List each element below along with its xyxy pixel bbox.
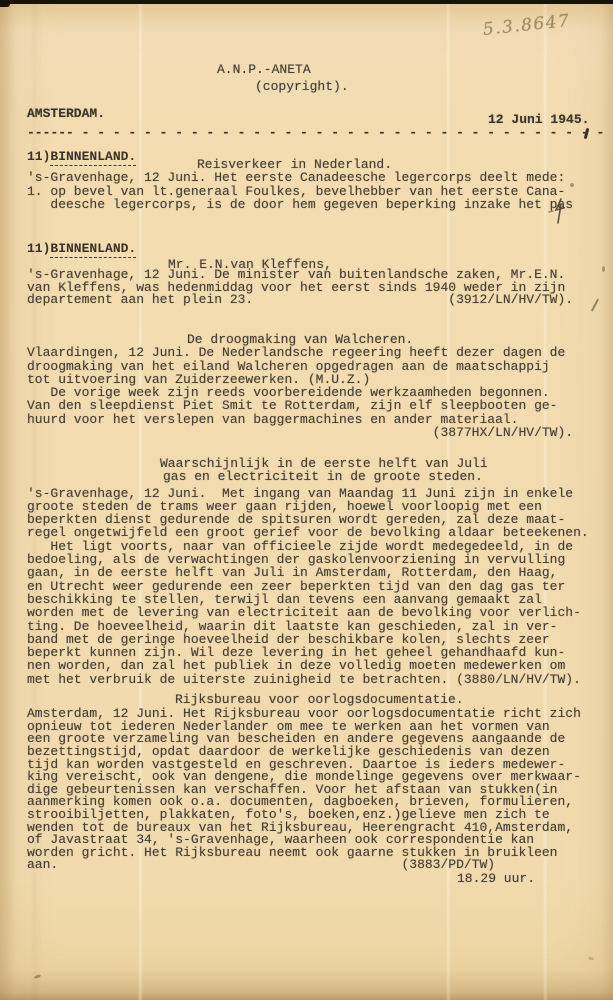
- text-line: beschikking te stellen, terwijl dan teve…: [27, 593, 605, 606]
- text-line: 's-Gravenhage, 12 Juni. Met ingang van M…: [27, 487, 605, 500]
- scanned-document-page: 5.3.8647 A.N.P.-ANETA (copyright). AMSTE…: [0, 0, 613, 1000]
- article-title: Rijksbureau voor oorlogsdocumentatie.: [175, 693, 605, 706]
- text-line: en Utrecht weer gedurende een zeer beper…: [27, 580, 605, 593]
- article-reisverkeer: 11)BINNENLAND. Reisverkeer in Nederland.…: [27, 150, 605, 211]
- article-title: Waarschijnlijk in de eerste helft van Ju…: [160, 457, 605, 470]
- text-line: met het verbruik de uiterste zuinigheid …: [27, 673, 605, 686]
- text-line: tot uitvoering van Zuiderzeewerken. (M.U…: [27, 373, 605, 386]
- transmission-time: 18.29 uur.: [457, 872, 535, 885]
- text-line: nen worden, dan zal het publiek in deze …: [27, 659, 605, 672]
- text-line: beperkten dienst gedurende de spitsuren …: [27, 513, 605, 526]
- text-line: huurd voor het verslepen van baggermachi…: [27, 413, 605, 426]
- article-title: Mr. E.N.van Kleffens,: [168, 257, 332, 272]
- article-body: Amsterdam, 12 Juni. Het Rijksbureau voor…: [27, 708, 605, 872]
- page-content: 5.3.8647 A.N.P.-ANETA (copyright). AMSTE…: [0, 0, 613, 1000]
- paper-speck: [570, 183, 574, 187]
- text-line: groote steden de trams weer gaan rijden,…: [27, 500, 605, 513]
- text-line: (3877HX/LN/HV/TW).: [27, 426, 605, 439]
- text-line: 1. op bevel van lt.generaal Foulkes, bev…: [27, 185, 605, 198]
- agency-title: A.N.P.-ANETA: [217, 63, 311, 76]
- article-van-kleffens: 11)BINNENLAND. Mr. E.N.van Kleffens, 's-…: [27, 242, 605, 307]
- text-line: Het ligt voorts, naar van officieele zij…: [27, 540, 605, 553]
- rubric-label: BINNENLAND.: [50, 149, 136, 166]
- text-line: band met de geringe hoeveelheid der besc…: [27, 633, 605, 646]
- handwritten-archive-number: 5.3.8647: [482, 11, 571, 40]
- text-line: worden met de levering van electriciteit…: [27, 606, 605, 619]
- article-body: Vlaardingen, 12 Juni. De Nederlandsche r…: [27, 346, 605, 439]
- text-line: Vlaardingen, 12 Juni. De Nederlandsche r…: [27, 346, 605, 359]
- pen-check-mark: [548, 196, 568, 226]
- text-line: 's-Gravenhage, 12 Juni. Het eerste Canad…: [27, 171, 605, 184]
- article-body: 's-Gravenhage, 12 Juni. Het eerste Canad…: [27, 171, 605, 211]
- text-line: beperkt kunnen zijn. Wil deze levering i…: [27, 646, 605, 659]
- text-line: bedoeling, als de verwachtingen der gask…: [27, 553, 605, 566]
- text-line: droogmaking van het eiland Walcheren opg…: [27, 360, 605, 373]
- text-line: De vorige week zijn reeds voorbereidende…: [27, 386, 605, 399]
- city-label: AMSTERDAM.: [27, 107, 105, 120]
- article-rijksbureau: Rijksbureau voor oorlogsdocumentatie. Am…: [27, 693, 605, 872]
- paper-speck: [588, 956, 594, 960]
- rubric-number: 11): [27, 149, 50, 164]
- text-line: gaan, in de eerste helft van Juli in Ams…: [27, 566, 605, 579]
- article-title: Reisverkeer in Nederland.: [197, 157, 392, 172]
- text-line: departement aan het plein 23. (3912/LN/H…: [27, 294, 605, 306]
- text-line: Van den sleepdienst Piet Smit te Rotterd…: [27, 399, 605, 412]
- article-body: 's-Gravenhage, 12 Juni. De minister van …: [27, 269, 605, 306]
- article-subtitle: gas en electriciteit in de groote steden…: [163, 470, 605, 483]
- text-line: ting. De hoeveelheid, waarin dit laatste…: [27, 620, 605, 633]
- rubric-number: 11): [27, 241, 50, 256]
- text-line: deesche legercorps, is de door hem gegev…: [27, 198, 605, 211]
- paper-speck: [602, 266, 605, 272]
- dashed-separator: ------ - - - - - - - - - - - - - - - - -…: [27, 126, 613, 139]
- article-walcheren: De droogmaking van Walcheren. Vlaardinge…: [27, 333, 605, 439]
- article-title: De droogmaking van Walcheren.: [187, 333, 605, 346]
- pencil-speck: [34, 974, 42, 979]
- text-line: regel ongetwijfeld een groot gerief voor…: [27, 526, 605, 539]
- article-gas-electriciteit: Waarschijnlijk in de eerste helft van Ju…: [27, 457, 605, 686]
- rubric-binnenland: 11)BINNENLAND.: [27, 242, 605, 255]
- article-body: 's-Gravenhage, 12 Juni. Met ingang van M…: [27, 487, 605, 686]
- rubric-label: BINNENLAND.: [50, 241, 136, 258]
- copyright-line: (copyright).: [255, 80, 349, 93]
